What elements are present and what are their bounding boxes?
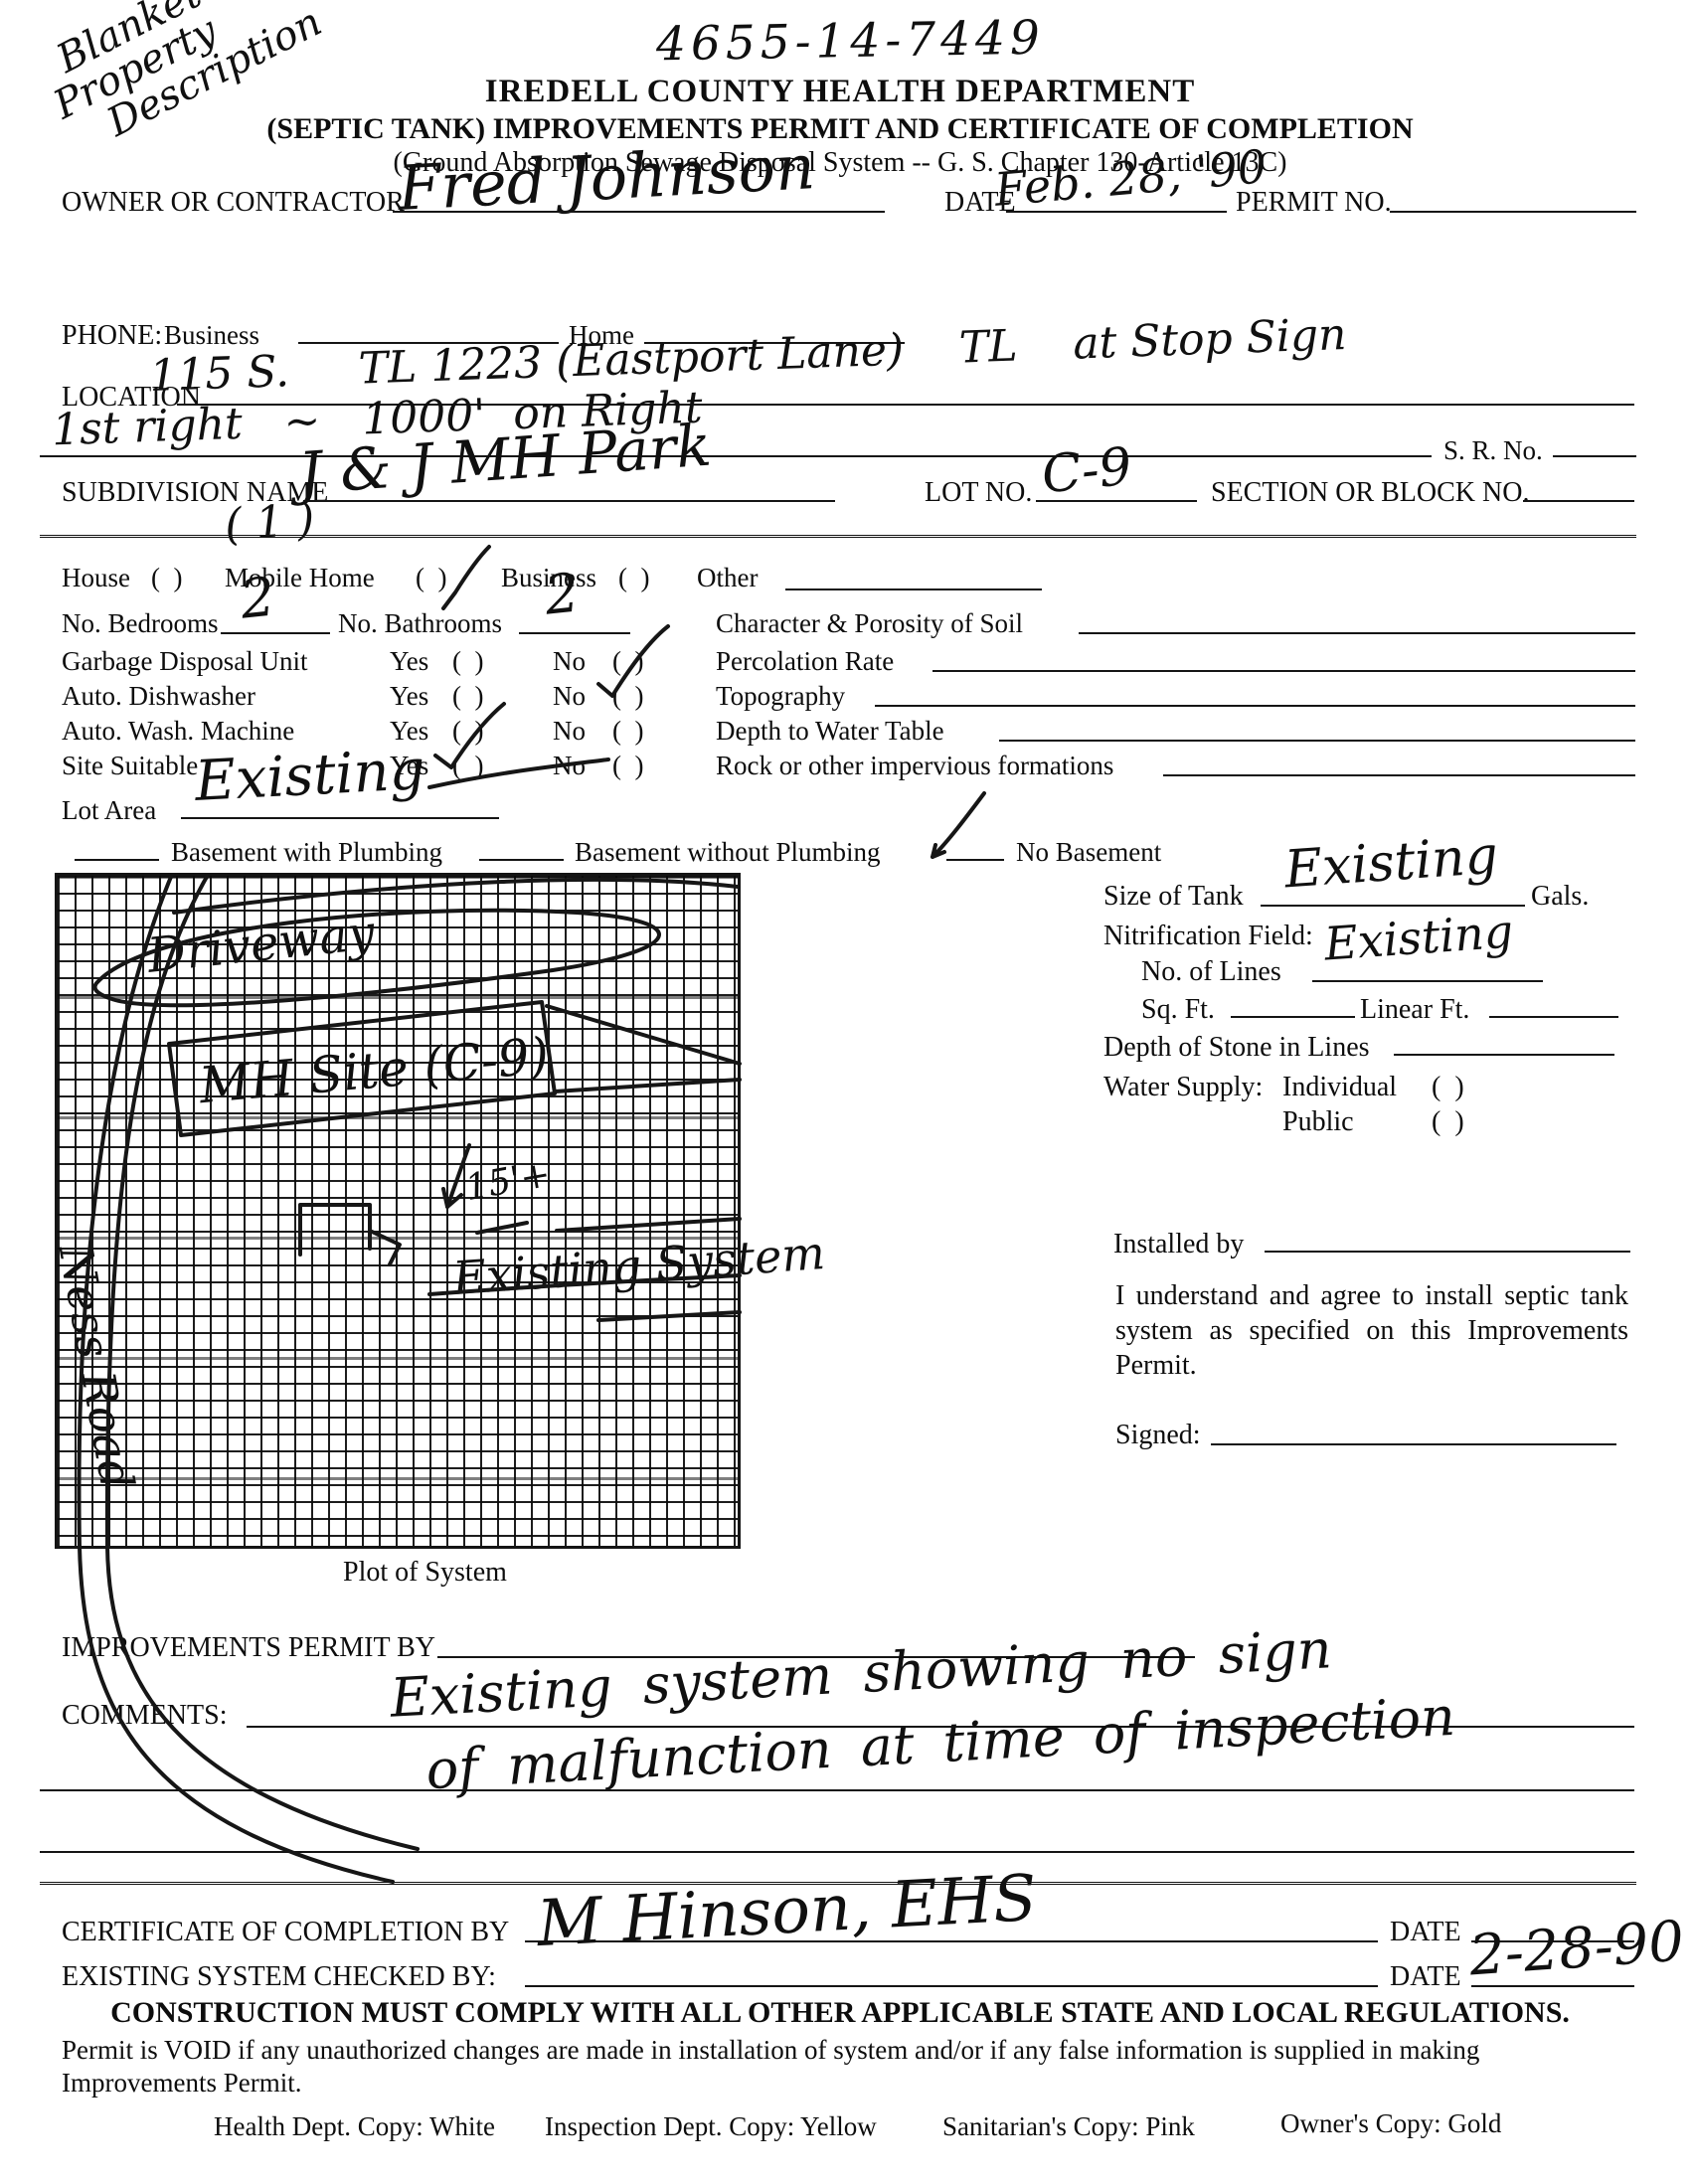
lines-blank-line	[1312, 980, 1543, 982]
lot-area-value-handwritten: Existing	[193, 738, 426, 814]
department-title: IREDELL COUNTY HEALTH DEPARTMENT	[40, 74, 1640, 110]
section-blank-line	[1523, 500, 1634, 502]
lot-no-label: LOT NO.	[925, 477, 1032, 509]
soil-percolation-blank-line	[932, 670, 1635, 672]
dishwasher-yes-paren: ( )	[452, 681, 483, 712]
installed-by-blank-line	[1265, 1251, 1630, 1253]
dishwasher-yes-label: Yes	[390, 681, 428, 712]
copy-sanitarian: Sanitarian's Copy: Pink	[942, 2111, 1195, 2142]
compliance-statement: CONSTRUCTION MUST COMPLY WITH ALL OTHER …	[40, 1996, 1640, 2030]
dwelling-house-label: House	[62, 563, 130, 593]
linear-ft-blank-line	[1489, 1016, 1618, 1018]
wash-no-paren: ( )	[612, 716, 643, 747]
dishwasher-no-label: No	[553, 681, 586, 712]
copy-inspection-dept: Inspection Dept. Copy: Yellow	[545, 2111, 877, 2142]
owner-label: OWNER OR CONTRACTOR	[62, 187, 405, 219]
dwelling-house-paren: ( )	[151, 563, 182, 593]
dishwasher-label: Auto. Dishwasher	[62, 681, 255, 712]
soil-topography-blank-line	[875, 705, 1635, 707]
site-no-paren: ( )	[612, 751, 643, 781]
wash-yes-paren: ( )	[452, 716, 483, 747]
sr-no-blank-line	[1553, 455, 1636, 457]
copy-health-dept: Health Dept. Copy: White	[214, 2111, 495, 2142]
garbage-no-label: No	[553, 646, 586, 677]
section-label: SECTION OR BLOCK NO.	[1211, 477, 1529, 509]
dwelling-business-paren: ( )	[618, 563, 649, 593]
certificate-label: CERTIFICATE OF COMPLETION BY	[62, 1917, 509, 1948]
scanned-permit-form: { "annotations": { "doc_number": "4655-1…	[0, 0, 1694, 2184]
bathrooms-label: No. Bathrooms	[338, 608, 502, 639]
form-subtitle: (Ground Absorption Sewage Disposal Syste…	[40, 147, 1640, 179]
subdivision-blank-line	[303, 500, 835, 502]
soil-character-label: Character & Porosity of Soil	[716, 608, 1023, 639]
garbage-no-paren: ( )	[612, 646, 643, 677]
checkmark-no-basement	[932, 793, 984, 857]
water-individual-paren: ( )	[1432, 1072, 1464, 1103]
bedrooms-value-handwritten: 2	[238, 565, 278, 630]
location-value-line1: 115 S. TL 1223 (Eastport Lane) TL at Sto…	[148, 309, 1347, 402]
lines-label: No. of Lines	[1141, 956, 1281, 988]
installed-by-label: Installed by	[1113, 1229, 1244, 1260]
improvements-permit-label: IMPROVEMENTS PERMIT BY	[62, 1632, 435, 1664]
phone-label: PHONE:	[62, 320, 162, 352]
tank-gals-label: Gals.	[1531, 881, 1589, 913]
garbage-yes-label: Yes	[390, 646, 428, 677]
copy-owner: Owner's Copy: Gold	[1280, 2108, 1501, 2139]
agreement-text: I understand and agree to install septic…	[1115, 1278, 1628, 1383]
garbage-yes-paren: ( )	[452, 646, 483, 677]
site-yes-paren: ( )	[452, 751, 483, 781]
lines-value-handwritten: Existing	[1322, 904, 1514, 970]
tank-size-label: Size of Tank	[1103, 881, 1244, 913]
stone-depth-blank-line	[1394, 1054, 1614, 1056]
bedrooms-label: No. Bedrooms	[62, 608, 219, 639]
checked-by-blank-line	[525, 1985, 1378, 1987]
plot-caption: Plot of System	[343, 1557, 507, 1589]
void-notice: Permit is VOID if any unauthorized chang…	[62, 2034, 1553, 2100]
nitrification-label: Nitrification Field:	[1103, 921, 1313, 952]
signed-blank-line	[1211, 1443, 1616, 1445]
tank-size-value-handwritten: Existing	[1282, 826, 1500, 901]
garbage-disposal-label: Garbage Disposal Unit	[62, 646, 307, 677]
water-public-label: Public	[1282, 1106, 1354, 1138]
dwelling-mobile-paren: ( )	[416, 563, 446, 593]
basement-without-blank-line	[479, 859, 564, 861]
basement-without-label: Basement without Plumbing	[575, 837, 881, 868]
wash-machine-label: Auto. Wash. Machine	[62, 716, 294, 747]
checked-by-label: EXISTING SYSTEM CHECKED BY:	[62, 1961, 496, 1993]
doc-number-handwritten: 4655-14-7449	[656, 11, 1046, 73]
lot-area-label: Lot Area	[62, 795, 156, 826]
bedrooms-blank-line	[221, 632, 330, 634]
lot-no-value-handwritten: C-9	[1039, 436, 1134, 505]
basement-with-blank-line	[75, 859, 159, 861]
lot-area-blank-line	[181, 817, 499, 819]
signed-label: Signed:	[1115, 1420, 1201, 1451]
permit-no-blank-line	[1390, 211, 1636, 213]
dwelling-other-label: Other	[697, 563, 758, 593]
sqft-label: Sq. Ft.	[1141, 994, 1215, 1026]
certificate-date-label: DATE	[1390, 1917, 1461, 1948]
site-no-label: No	[553, 751, 586, 781]
wash-no-label: No	[553, 716, 586, 747]
location-blank-line2	[40, 455, 1432, 457]
checked-date-blank-line	[1471, 1985, 1634, 1987]
soil-character-blank-line	[1079, 632, 1635, 634]
basement-with-label: Basement with Plumbing	[171, 837, 442, 868]
phone-business-label: Business	[164, 320, 259, 351]
comments-blank-line3	[40, 1851, 1634, 1853]
permit-no-label: PERMIT NO.	[1236, 187, 1392, 219]
owner-blank-line	[393, 211, 885, 213]
date-blank-line	[1006, 211, 1227, 213]
water-supply-label: Water Supply:	[1103, 1072, 1263, 1103]
water-public-paren: ( )	[1432, 1106, 1464, 1138]
soil-rock-blank-line	[1163, 774, 1635, 776]
checked-date-value-handwritten: 2-28-90	[1467, 1910, 1686, 1989]
dishwasher-no-paren: ( )	[612, 681, 643, 712]
stone-depth-label: Depth of Stone in Lines	[1103, 1032, 1370, 1064]
soil-watertable-label: Depth to Water Table	[716, 716, 944, 747]
comments-label: COMMENTS:	[62, 1700, 227, 1732]
bathrooms-blank-line	[519, 632, 630, 634]
site-suitable-label: Site Suitable	[62, 751, 198, 781]
sqft-blank-line	[1231, 1016, 1355, 1018]
basement-none-blank-line	[946, 859, 1004, 861]
comments-blank-line2	[40, 1789, 1634, 1791]
water-individual-label: Individual	[1282, 1072, 1397, 1103]
checkmark-mobile-home	[443, 547, 489, 608]
form-title: (SEPTIC TANK) IMPROVEMENTS PERMIT AND CE…	[40, 112, 1640, 146]
basement-none-label: No Basement	[1016, 837, 1161, 868]
soil-watertable-blank-line	[999, 740, 1635, 742]
inspector-signature: M Hinson, EHS	[535, 1862, 1038, 1961]
section-divider-top	[40, 535, 1636, 543]
bathrooms-value-handwritten: 2	[542, 561, 583, 626]
soil-topography-label: Topography	[716, 681, 845, 712]
linear-ft-label: Linear Ft.	[1360, 994, 1469, 1026]
checked-date-label: DATE	[1390, 1961, 1461, 1993]
lot-no-blank-line	[1036, 500, 1197, 502]
soil-rock-label: Rock or other impervious formations	[716, 751, 1113, 781]
sr-no-label: S. R. No.	[1443, 435, 1543, 466]
soil-percolation-label: Percolation Rate	[716, 646, 894, 677]
dwelling-other-blank-line	[785, 588, 1042, 590]
